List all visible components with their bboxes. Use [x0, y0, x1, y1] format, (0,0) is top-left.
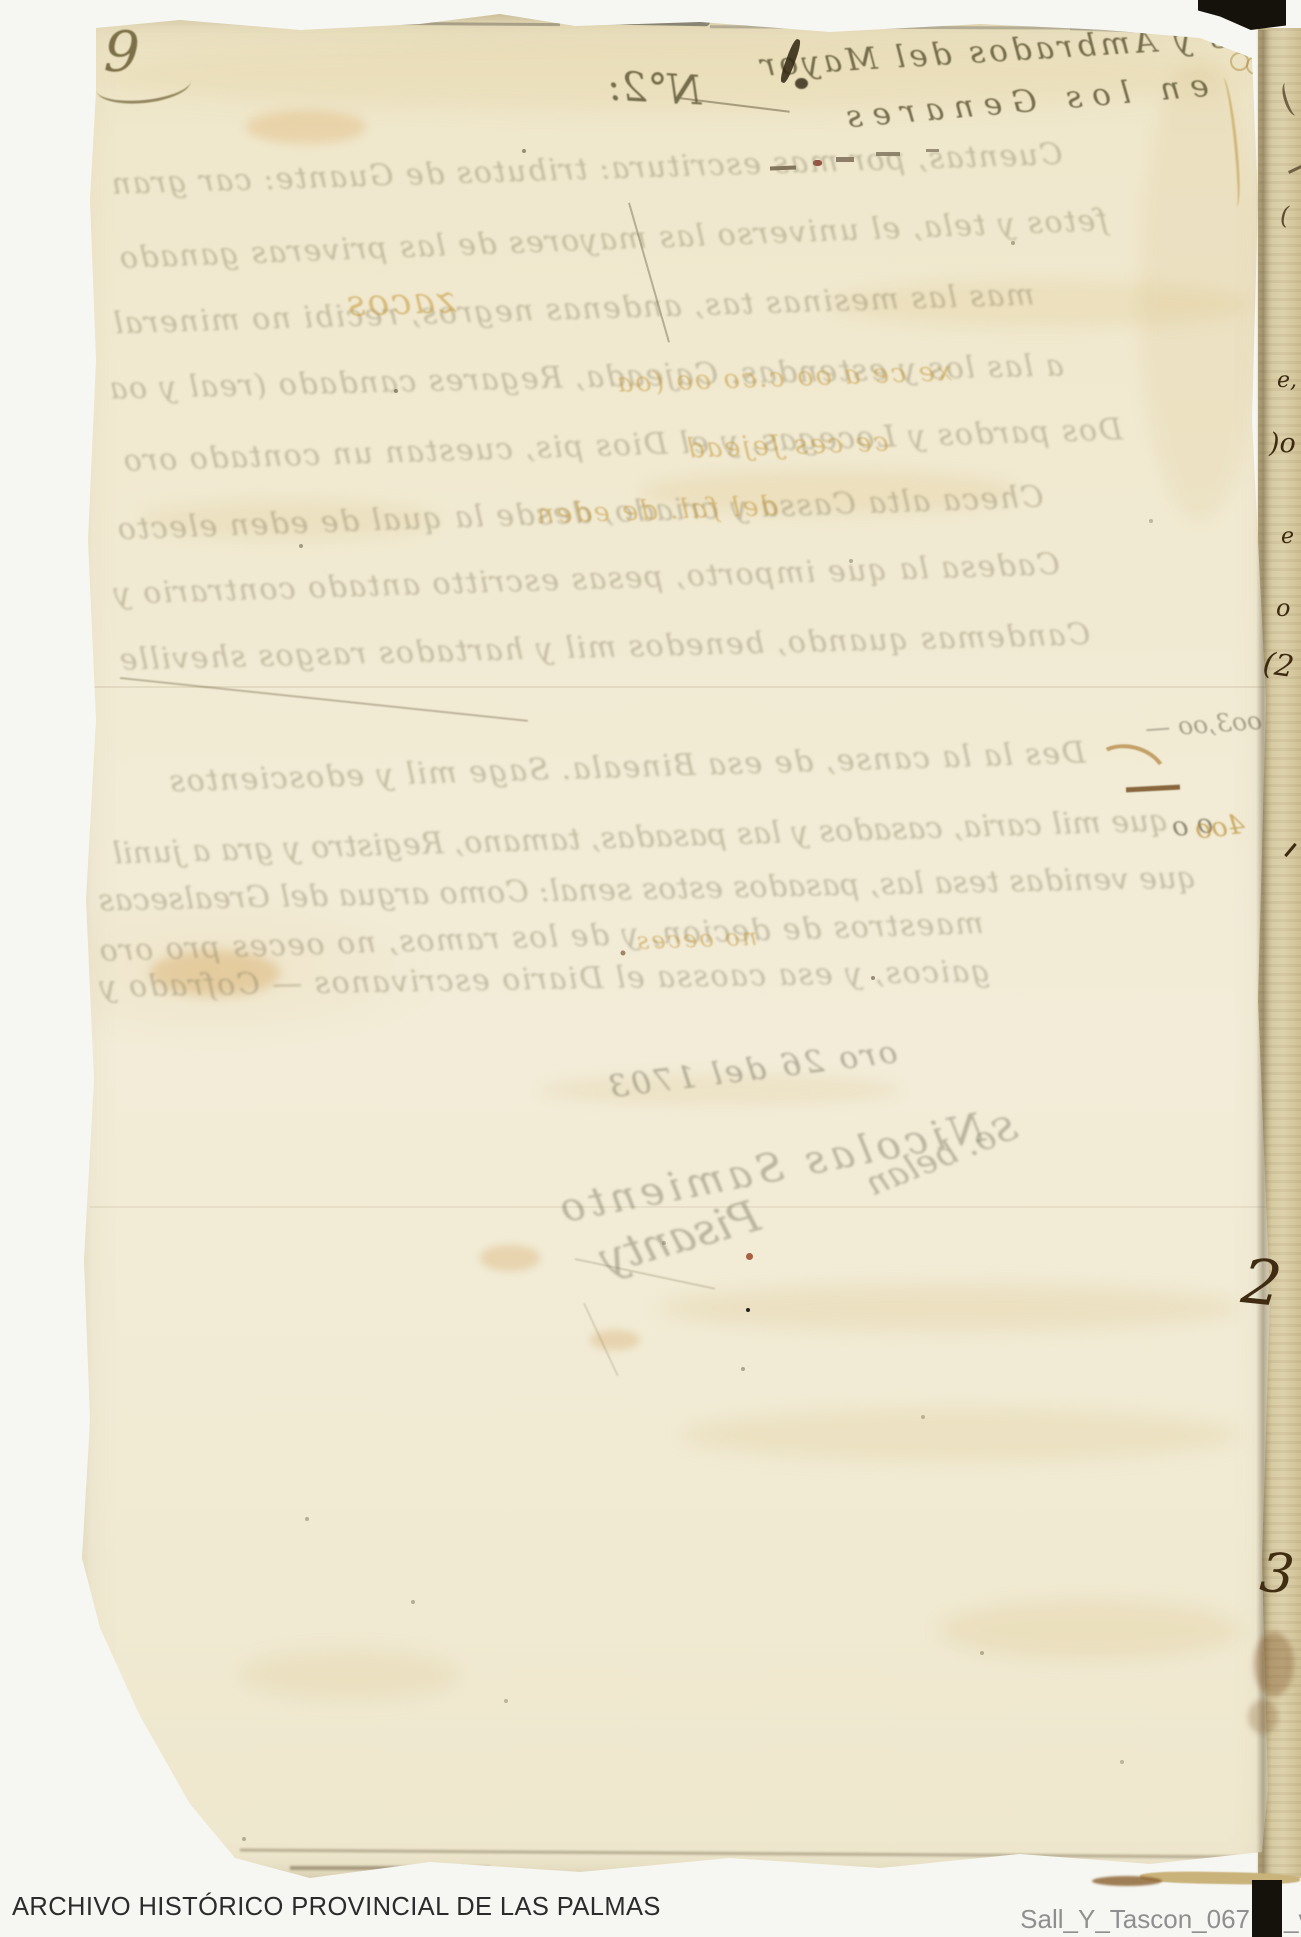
manuscript-page: 9 N°2: Vilches y Ambrados del Mayor en l… [70, 14, 1280, 1888]
torn-edge-fragment [1092, 1876, 1162, 1886]
crease-line [90, 686, 1270, 688]
filename-suffix: _v [1284, 1904, 1301, 1935]
margin-mark: e, [1277, 368, 1297, 393]
ink-dot [746, 1253, 753, 1260]
stain [480, 1245, 540, 1271]
ink-dot [746, 1308, 750, 1312]
stain [246, 110, 366, 144]
stain [680, 1408, 1240, 1462]
archive-caption: ARCHIVO HISTÓRICO PROVINCIAL DE LAS PALM… [12, 1893, 661, 1922]
margin-mark: (2 [1261, 646, 1296, 685]
filename-label: Sall_Y_Tascon_067 [850, 1904, 1250, 1935]
ink-smudge [1254, 1632, 1294, 1696]
number-mark: N°2: [607, 64, 703, 115]
ghost-line: Dos pardos y Locegas, y el Dios pis, cue… [122, 412, 1123, 478]
ghost-line: fetos y tela, el universo las mayores de… [118, 203, 1109, 276]
yellow-fragment: no oeces [635, 923, 758, 955]
amount-mark: oo3,oo — [1144, 706, 1263, 743]
ghost-line: que mil caria, casados y las pasadas, ta… [112, 803, 1169, 871]
yellow-fragment: ce ces Jejead [685, 426, 890, 464]
ghost-line: Cuentas, por mas escritura: tributos de … [110, 137, 1063, 202]
ink-smudge [1248, 1700, 1278, 1734]
ghost-line: mas las mesinas tas, andenas negros, rec… [112, 278, 1035, 342]
top-edge-line [230, 21, 560, 26]
bottom-edge-line [290, 1866, 490, 1870]
yellow-fragment: zacos [344, 280, 456, 325]
ink-blot [795, 78, 808, 89]
margin-mark: ( [1280, 202, 1289, 230]
ink-specks [70, 14, 72, 16]
stain [1140, 60, 1260, 520]
stain [240, 1650, 460, 1700]
black-tab-bottom [1252, 1880, 1282, 1937]
margin-mark: 3 [1258, 1541, 1297, 1606]
amount-mark: 4oo [1194, 809, 1247, 845]
ruled-stroke [120, 677, 528, 722]
ghost-line: que venidas tesa las, pasados estos sena… [98, 861, 1197, 919]
crease-line [90, 1206, 1270, 1208]
ghost-line: Candemas quando, benedos mil y hartados … [118, 617, 1091, 677]
ghost-line: Des la la canse, de esa Bineala. Sage mi… [168, 736, 1086, 800]
margin-mark: )o [1269, 428, 1296, 459]
margin-mark: 2 [1238, 1244, 1285, 1321]
top-edge-line [560, 15, 710, 27]
bottom-edge-line [240, 1849, 1240, 1859]
black-tab-top [1198, 0, 1286, 30]
margin-mark: o [1276, 594, 1290, 622]
margin-mark: e [1281, 524, 1294, 549]
document-scan: e, )o e o (2 2 3 ( [0, 0, 1301, 1937]
ghost-line: Cadesa la que importo, pesas escritto an… [112, 547, 1061, 612]
stain [940, 1600, 1240, 1660]
brown-arc-stroke [1084, 736, 1174, 812]
